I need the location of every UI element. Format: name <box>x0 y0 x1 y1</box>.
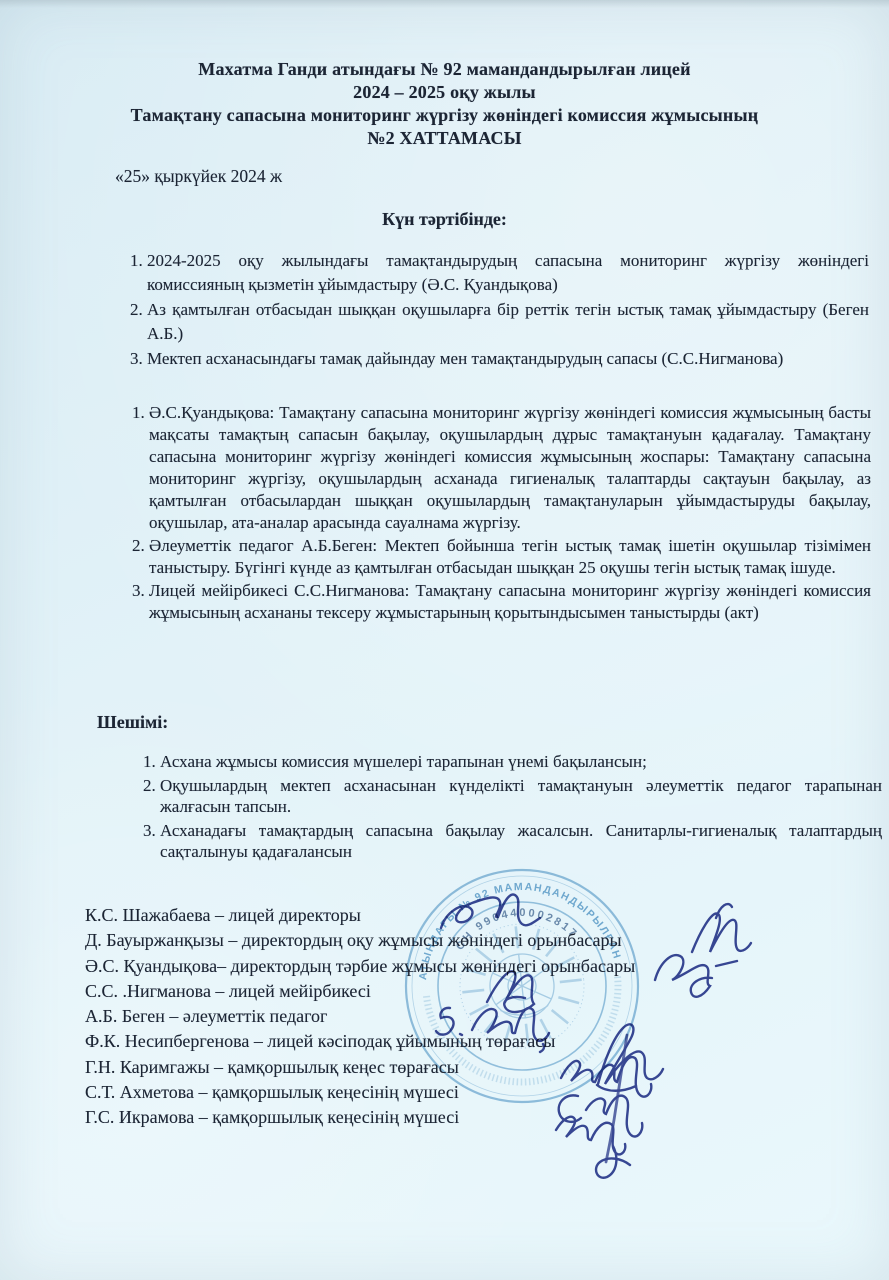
signatory-line: А.Б. Беген – әлеуметтік педагог <box>85 1004 725 1029</box>
signatory-line: Ә.С. Қуандықова– директордың тәрбие жұмы… <box>85 954 725 979</box>
agenda-list: 2024-2025 оқу жылындағы тамақтандырудың … <box>85 249 869 372</box>
signatory-line: Г.С. Икрамова – қамқоршылық кеңесінің мү… <box>85 1105 725 1130</box>
title-line-commission: Тамақтану сапасына мониторинг жүргізу жө… <box>0 104 889 127</box>
decision-item: Асханадағы тамақтардың сапасына бақылау … <box>160 820 882 863</box>
signatory-line: Ф.К. Несипбергенова – лицей кәсіподақ ұй… <box>85 1029 725 1054</box>
document-title: Махатма Ганди атындағы № 92 мамандандыры… <box>0 58 889 150</box>
agenda-item: 2024-2025 оқу жылындағы тамақтандырудың … <box>147 249 869 297</box>
decision-item: Асхана жұмысы комиссия мүшелері тарапына… <box>160 751 882 773</box>
title-line-protocol-number: №2 ХАТТАМАСЫ <box>0 127 889 150</box>
signatory-line: Г.Н. Каримгажы – қамқоршылық кеңес төрағ… <box>85 1055 725 1080</box>
title-line-year: 2024 – 2025 оқу жылы <box>0 81 889 104</box>
agenda-item: Аз қамтылған отбасыдан шыққан оқушыларға… <box>147 298 869 346</box>
agenda-heading: Күн тәртібінде: <box>0 209 889 230</box>
speech-item: Ә.С.Қуандықова: Тамақтану сапасына монит… <box>149 402 871 534</box>
signatory-line: Д. Бауыржанқызы – директордың оқу жұмысы… <box>85 928 725 953</box>
protocol-date: «25» қыркүйек 2024 ж <box>115 166 282 187</box>
signatory-line: К.С. Шажабаева – лицей директоры <box>85 903 725 928</box>
speeches-list: Ә.С.Қуандықова: Тамақтану сапасына монит… <box>85 402 871 624</box>
title-line-school: Махатма Ганди атындағы № 92 мамандандыры… <box>0 58 889 81</box>
speech-item: Әлеуметтік педагог А.Б.Беген: Мектеп бой… <box>149 535 871 579</box>
decision-heading: Шешімі: <box>97 712 168 733</box>
speech-item: Лицей мейірбикесі С.С.Нигманова: Тамақта… <box>149 580 871 624</box>
document-page: АТЫНДАҒЫ № 92 МАМАНДАНДЫРЫЛҒАН СН 990440… <box>0 0 889 1280</box>
decision-list: Асхана жұмысы комиссия мүшелері тарапына… <box>85 751 882 865</box>
decision-item: Оқушылардың мектеп асханасынан күнделікт… <box>160 775 882 818</box>
signatory-line: С.С. .Нигманова – лицей мейірбикесі <box>85 979 725 1004</box>
signatory-line: С.Т. Ахметова – қамқоршылық кеңесінің мү… <box>85 1080 725 1105</box>
agenda-item: Мектеп асханасындағы тамақ дайындау мен … <box>147 347 869 371</box>
signatories-block: К.С. Шажабаева – лицей директоры Д. Бауы… <box>85 903 725 1131</box>
